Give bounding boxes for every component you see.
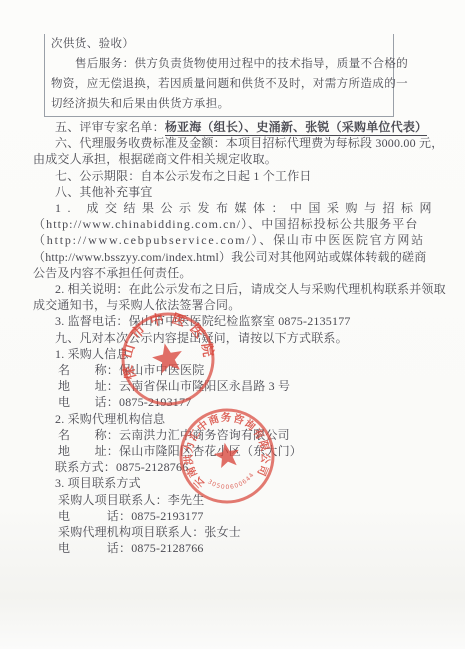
service-terms-table-cell: 次供货、验收） 售后服务：供方负责货物使用过程中的技术指导，质量不合格的 物资，…: [44, 34, 394, 117]
doc-line: 由成交人承担，根据磋商文件相关规定收取。: [33, 151, 445, 167]
scanned-document-page: 次供货、验收） 售后服务：供方负责货物使用过程中的技术指导，质量不合格的 物资，…: [0, 0, 465, 649]
doc-line: 3. 项目联系方式: [33, 475, 445, 491]
doc-line: 采购人项目联系人：李先生: [33, 492, 445, 508]
doc-line: 电 话：0875-2193177: [33, 508, 445, 524]
doc-line: 地 址：保山市隆阳区杏花小区（东大门）: [33, 443, 445, 459]
doc-line: 名 称：保山市中医医院: [33, 362, 445, 378]
doc-line: 电 话：0875-2128766: [33, 540, 445, 556]
doc-line: 地 址：云南省保山市隆阳区永昌路 3 号: [33, 378, 445, 394]
expert-panel-names: 杨亚海（组长）、史涌新、张锐（采购单位代表）: [165, 120, 427, 136]
doc-line: 物资，应无偿退换，若因质量问题和供货不及时，对需方所造成的一: [45, 75, 393, 94]
doc-line: 3. 监督电话：保山市中医医院纪检监察室 0875-2135177: [33, 313, 445, 329]
doc-line: （http://www.bsszyy.com/index.html）我公司对其他…: [33, 249, 445, 265]
doc-line: 七、公示期限：自本公示发布之日起 1 个工作日: [33, 168, 445, 184]
doc-line: 次供货、验收）: [45, 35, 393, 54]
doc-line: 八、其他补充事宜: [33, 184, 445, 200]
doc-line: 采购代理机构项目联系人：张女士: [33, 524, 445, 540]
expert-panel-label: 五、评审专家名单：: [55, 120, 165, 134]
doc-line: 2. 相关说明：在此公示发布之日后，请成交人与采购代理机构联系并领取: [33, 281, 445, 297]
expert-panel-line: 五、评审专家名单：杨亚海（组长）、史涌新、张锐（采购单位代表）: [33, 119, 445, 135]
doc-line: 公告及内容不承担任何责任。: [33, 265, 445, 281]
doc-line: 九、凡对本次公示内容提出疑问，请按以下方式联系。: [33, 330, 445, 346]
doc-line: 联系方式：0875-2128766: [33, 459, 445, 475]
doc-line: （http://www.chinabidding.com.cn/）、中国招标投标…: [33, 216, 445, 232]
doc-line: 切经济损失和后果由供货方承担。: [45, 95, 393, 114]
doc-line: 六、代理服务收费标准及金额：本项目招标代理费为每标段 3000.00 元，: [33, 135, 445, 151]
doc-line: 成交通知书，与采购人依法签署合同。: [33, 297, 445, 313]
doc-line: 2. 采购代理机构信息: [33, 411, 445, 427]
document-body: 五、评审专家名单：杨亚海（组长）、史涌新、张锐（采购单位代表） 六、代理服务收费…: [33, 119, 445, 556]
doc-line: 1. 采购人信息: [33, 346, 445, 362]
doc-line: 电 话：0875-2193177: [33, 394, 445, 410]
doc-line: （http://www.cebpubservice.com/）、保山市中医医院官…: [33, 232, 445, 248]
doc-line: 名 称：云南洪力汇中商务咨询有限公司: [33, 427, 445, 443]
doc-line: 1. 成交结果公示发布媒体：中国采购与招标网: [33, 200, 445, 216]
doc-line: 售后服务：供方负责货物使用过程中的技术指导，质量不合格的: [45, 55, 393, 74]
